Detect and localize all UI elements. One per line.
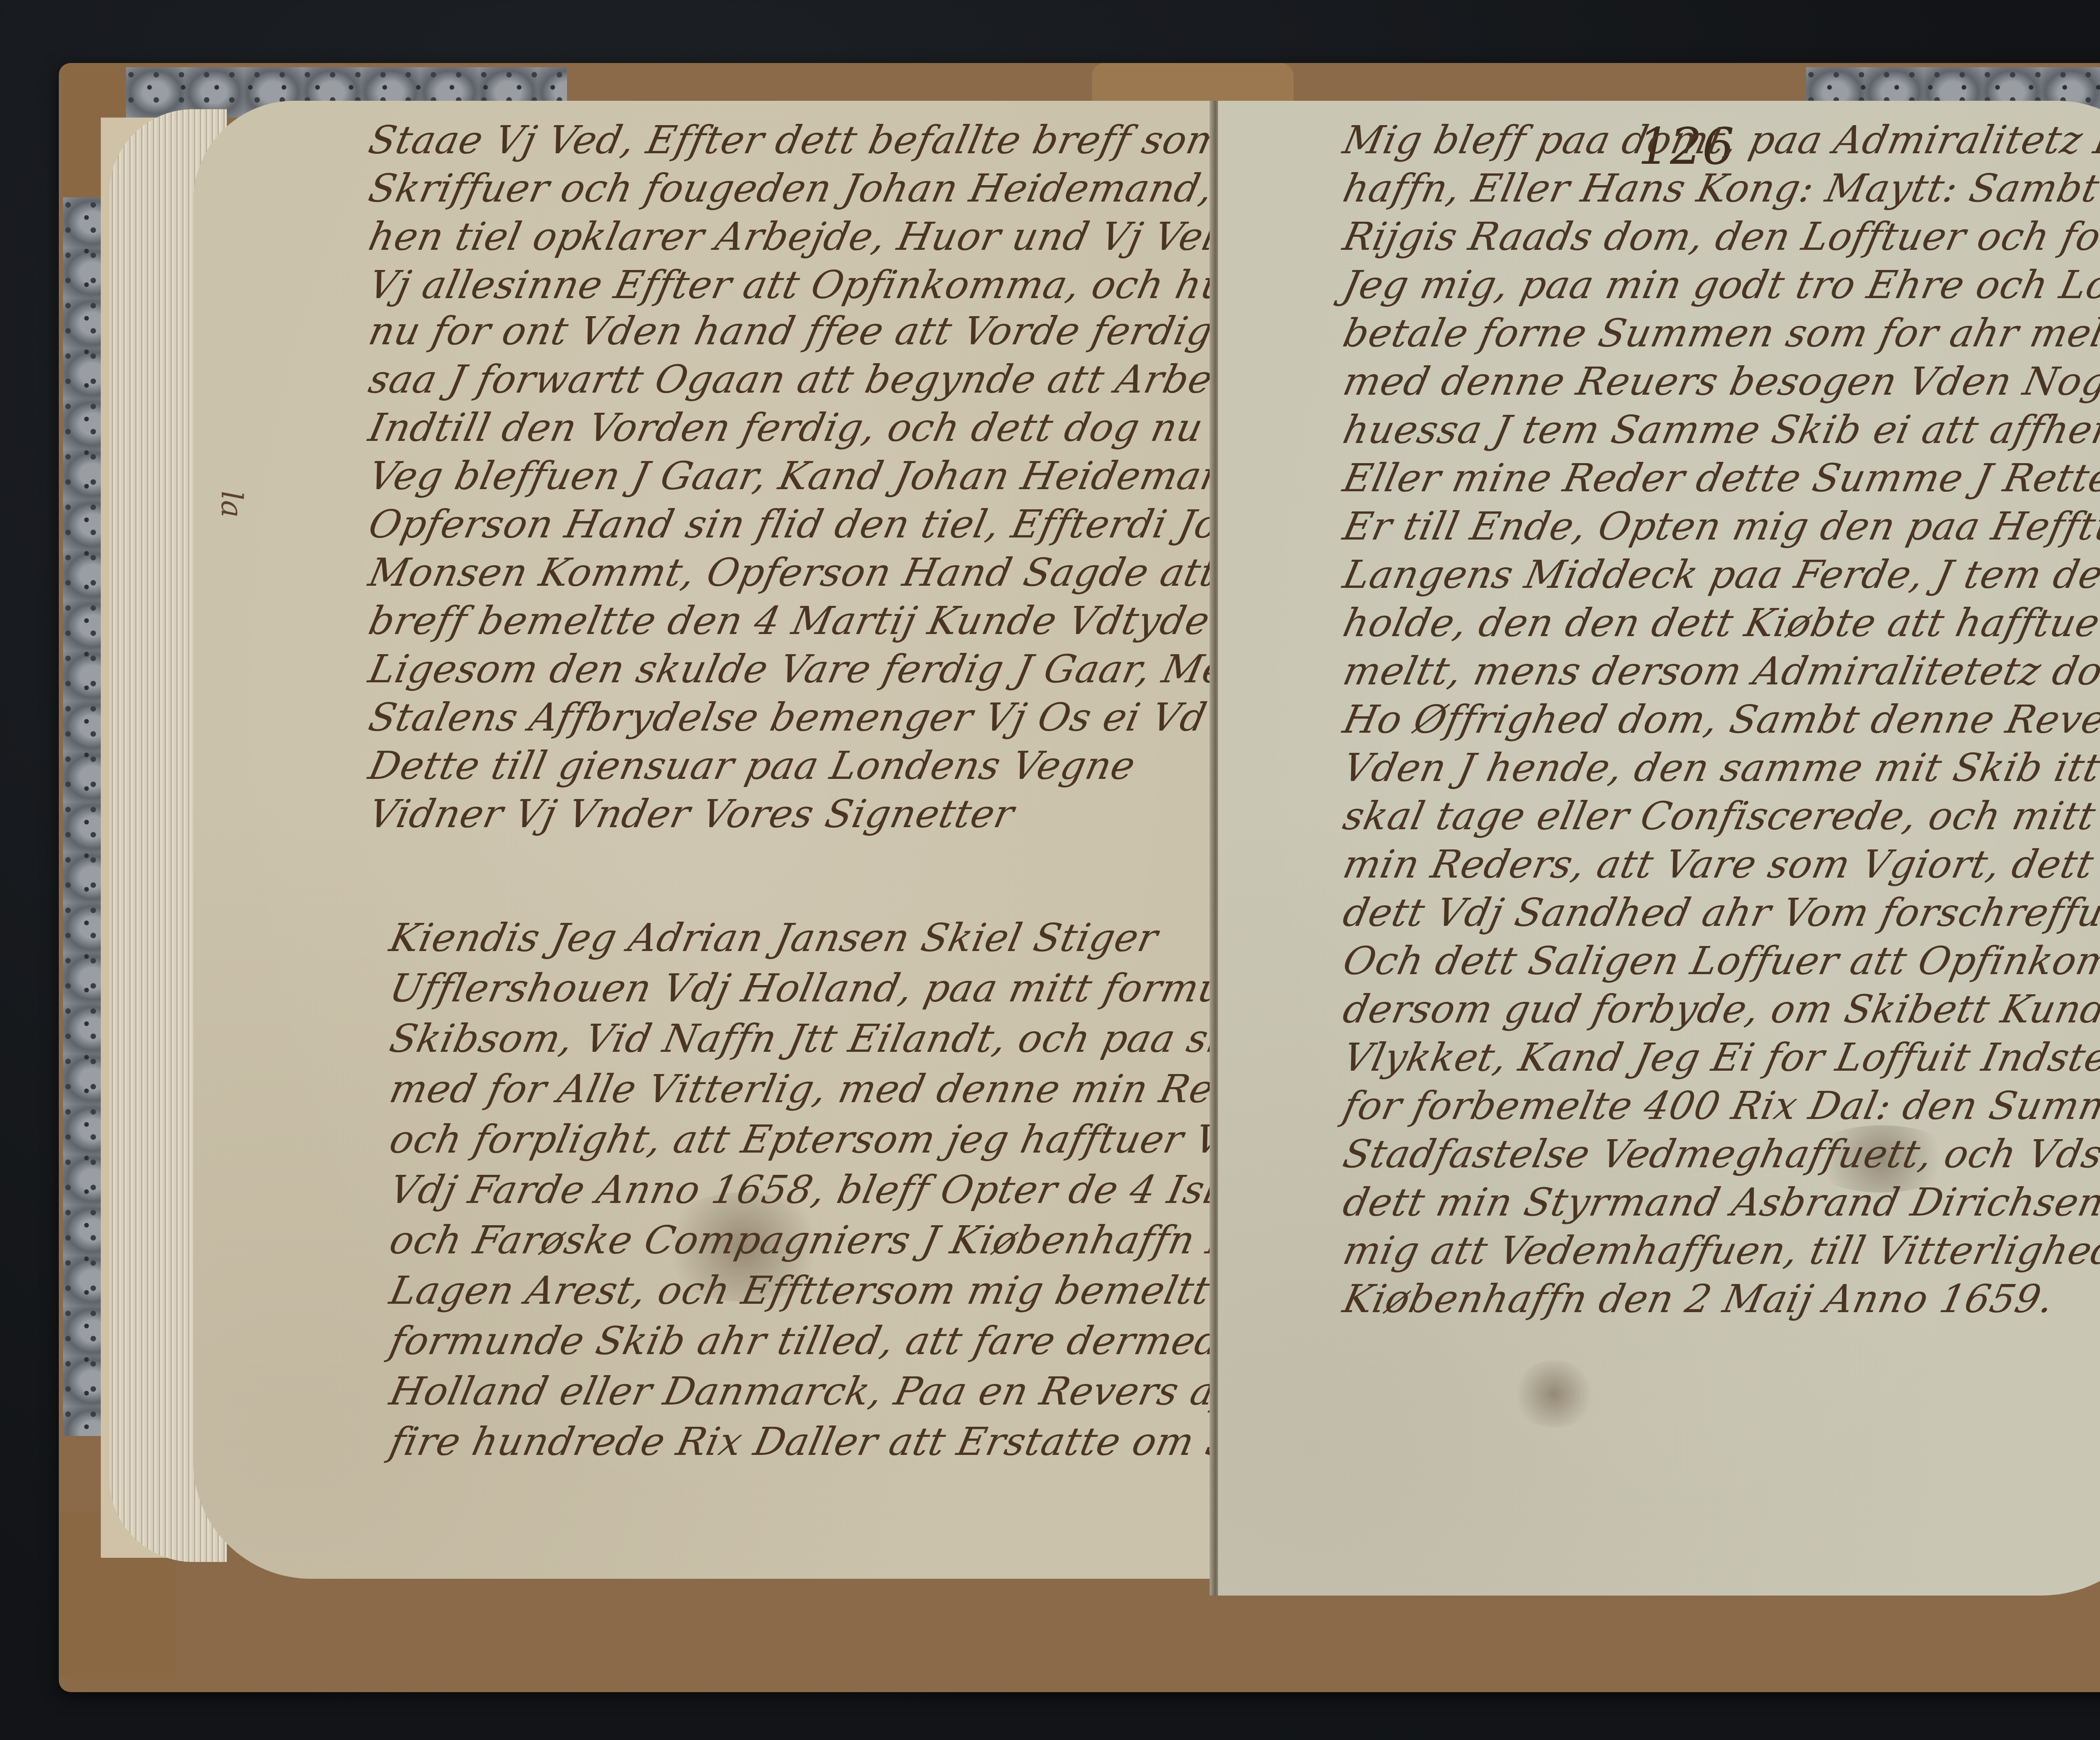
manuscript-line: skal tage eller Confiscerede, och mitt K… <box>1339 794 2100 839</box>
manuscript-line: Rijgis Raads dom, den Lofftuer och forpl… <box>1339 214 2100 259</box>
manuscript-line: och forplight, att Eptersom jeg hafftuer… <box>386 1117 1319 1162</box>
manuscript-line: Skibsom, Vid Naffn Jtt Eilandt, och paa … <box>386 1016 1251 1061</box>
manuscript-line: Holland eller Danmarck, Paa en Revers af… <box>386 1369 1249 1414</box>
left-page: la Staae Vj Ved, Effter dett befallte br… <box>193 101 1218 1579</box>
manuscript-line: Vden J hende, den samme mit Skib itt Eil… <box>1339 745 2100 790</box>
manuscript-line: Ho Øffrighed dom, Sambt denne Revers haf… <box>1339 697 2100 742</box>
right-page: 126 Mig bleff paa domt, paa Admiralitetz… <box>1218 101 2100 1596</box>
manuscript-line: for forbemelte 400 Rix Dal: den Summe Je… <box>1339 1083 2100 1128</box>
margin-note: la <box>215 491 249 518</box>
manuscript-line: formunde Skib ahr tilled, att fare derme… <box>386 1318 1292 1363</box>
manuscript-line: betale forne Summen som for ahr meltt ti… <box>1339 311 2100 356</box>
manuscript-line: Kiendis Jeg Adrian Jansen Skiel Stiger <box>386 915 1162 960</box>
manuscript-line: Vlykket, Kand Jeg Ei for Loffuit Indsten… <box>1339 1035 2100 1080</box>
date-line: Kiøbenhaffn den 2 Maij Anno 1659. <box>1339 1276 2058 1321</box>
manuscript-line: Mig bleff paa domt, paa Admiralitetz Kiø… <box>1339 118 2100 162</box>
manuscript-line: Vj allesinne Effter att Opfinkomma, och … <box>365 262 1301 307</box>
manuscript-line: fire hundrede Rix Daller att Erstatte om… <box>386 1419 1339 1464</box>
manuscript-line: min Reders, att Vare som Vgiort, dett de… <box>1339 842 2100 887</box>
manuscript-line: med for Alle Vitterlig, med denne min Re… <box>386 1067 1303 1111</box>
manuscript-line: Stalens Affbrydelse bemenger Vj Os ei Vd <box>365 695 1211 740</box>
manuscript-line: Monsen Kommt, Opferson Hand Sagde att Vn… <box>365 550 1313 595</box>
manuscript-line: Lagen Arest, och Effttersom mig bemeltte… <box>386 1268 1332 1313</box>
manuscript-line: Er till Ende, Opten mig den paa Hefftuer… <box>1339 504 2100 549</box>
manuscript-line: Ligesom den skulde Vare ferdig J Gaar, M… <box>365 647 1257 692</box>
manuscript-line: Opferson Hand sin flid den tiel, Effterd… <box>365 502 1249 547</box>
manuscript-line: dett min Styrmand Asbrand Dirichsen Vuer… <box>1339 1180 2100 1225</box>
marbled-paper-left <box>63 197 105 1436</box>
manuscript-line: meltt, mens dersom Admiralitetetz dom, o… <box>1339 649 2100 694</box>
water-stain <box>1512 1360 1596 1428</box>
manuscript-line: holde, den den dett Kiøbte att hafftue d… <box>1339 600 2100 645</box>
manuscript-line: Vidner Vj Vnder Vores Signetter <box>365 791 1018 836</box>
manuscript-line: Jeg mig, paa min godt tro Ehre och Loffu… <box>1339 262 2100 307</box>
manuscript-line: breff bemeltte den 4 Martij Kunde Vdtyde <box>365 598 1214 643</box>
manuscript-line: Stadfastelse Vedmeghaffuett, och Vdslige… <box>1339 1132 2100 1177</box>
manuscript-line: huessa J tem Samme Skib ei att affhende … <box>1339 407 2100 452</box>
manuscript-line: haffn, Eller Hans Kong: Maytt: Sambt Dan… <box>1339 166 2100 211</box>
manuscript-line: Dette till giensuar paa Londens Vegne <box>365 743 1139 788</box>
manuscript-line: saa J forwartt Ogaan att begynde att Arb… <box>365 357 1278 402</box>
manuscript-line: Ufflershouen Vdj Holland, paa mitt formu… <box>386 966 1303 1011</box>
manuscript-line: Eller mine Reder dette Summe J Retten Sa… <box>1339 456 2100 501</box>
manuscript-line: Och dett Saligen Loffuer att Opfinkomme,… <box>1339 938 2100 983</box>
manuscript-line: Langens Middeck paa Ferde, J tem dersom … <box>1339 552 2100 597</box>
manuscript-line: dett Vdj Sandhed ahr Vom forschreffuit S… <box>1339 890 2100 935</box>
manuscript-line: dersom gud forbyde, om Skibett Kunde ble… <box>1339 987 2100 1032</box>
manuscript-line: med denne Reuers besogen Vden Nogen Klam… <box>1339 359 2100 404</box>
manuscript-line: mig att Vedemhaffuen, till Vitterlighed,… <box>1339 1228 2100 1273</box>
